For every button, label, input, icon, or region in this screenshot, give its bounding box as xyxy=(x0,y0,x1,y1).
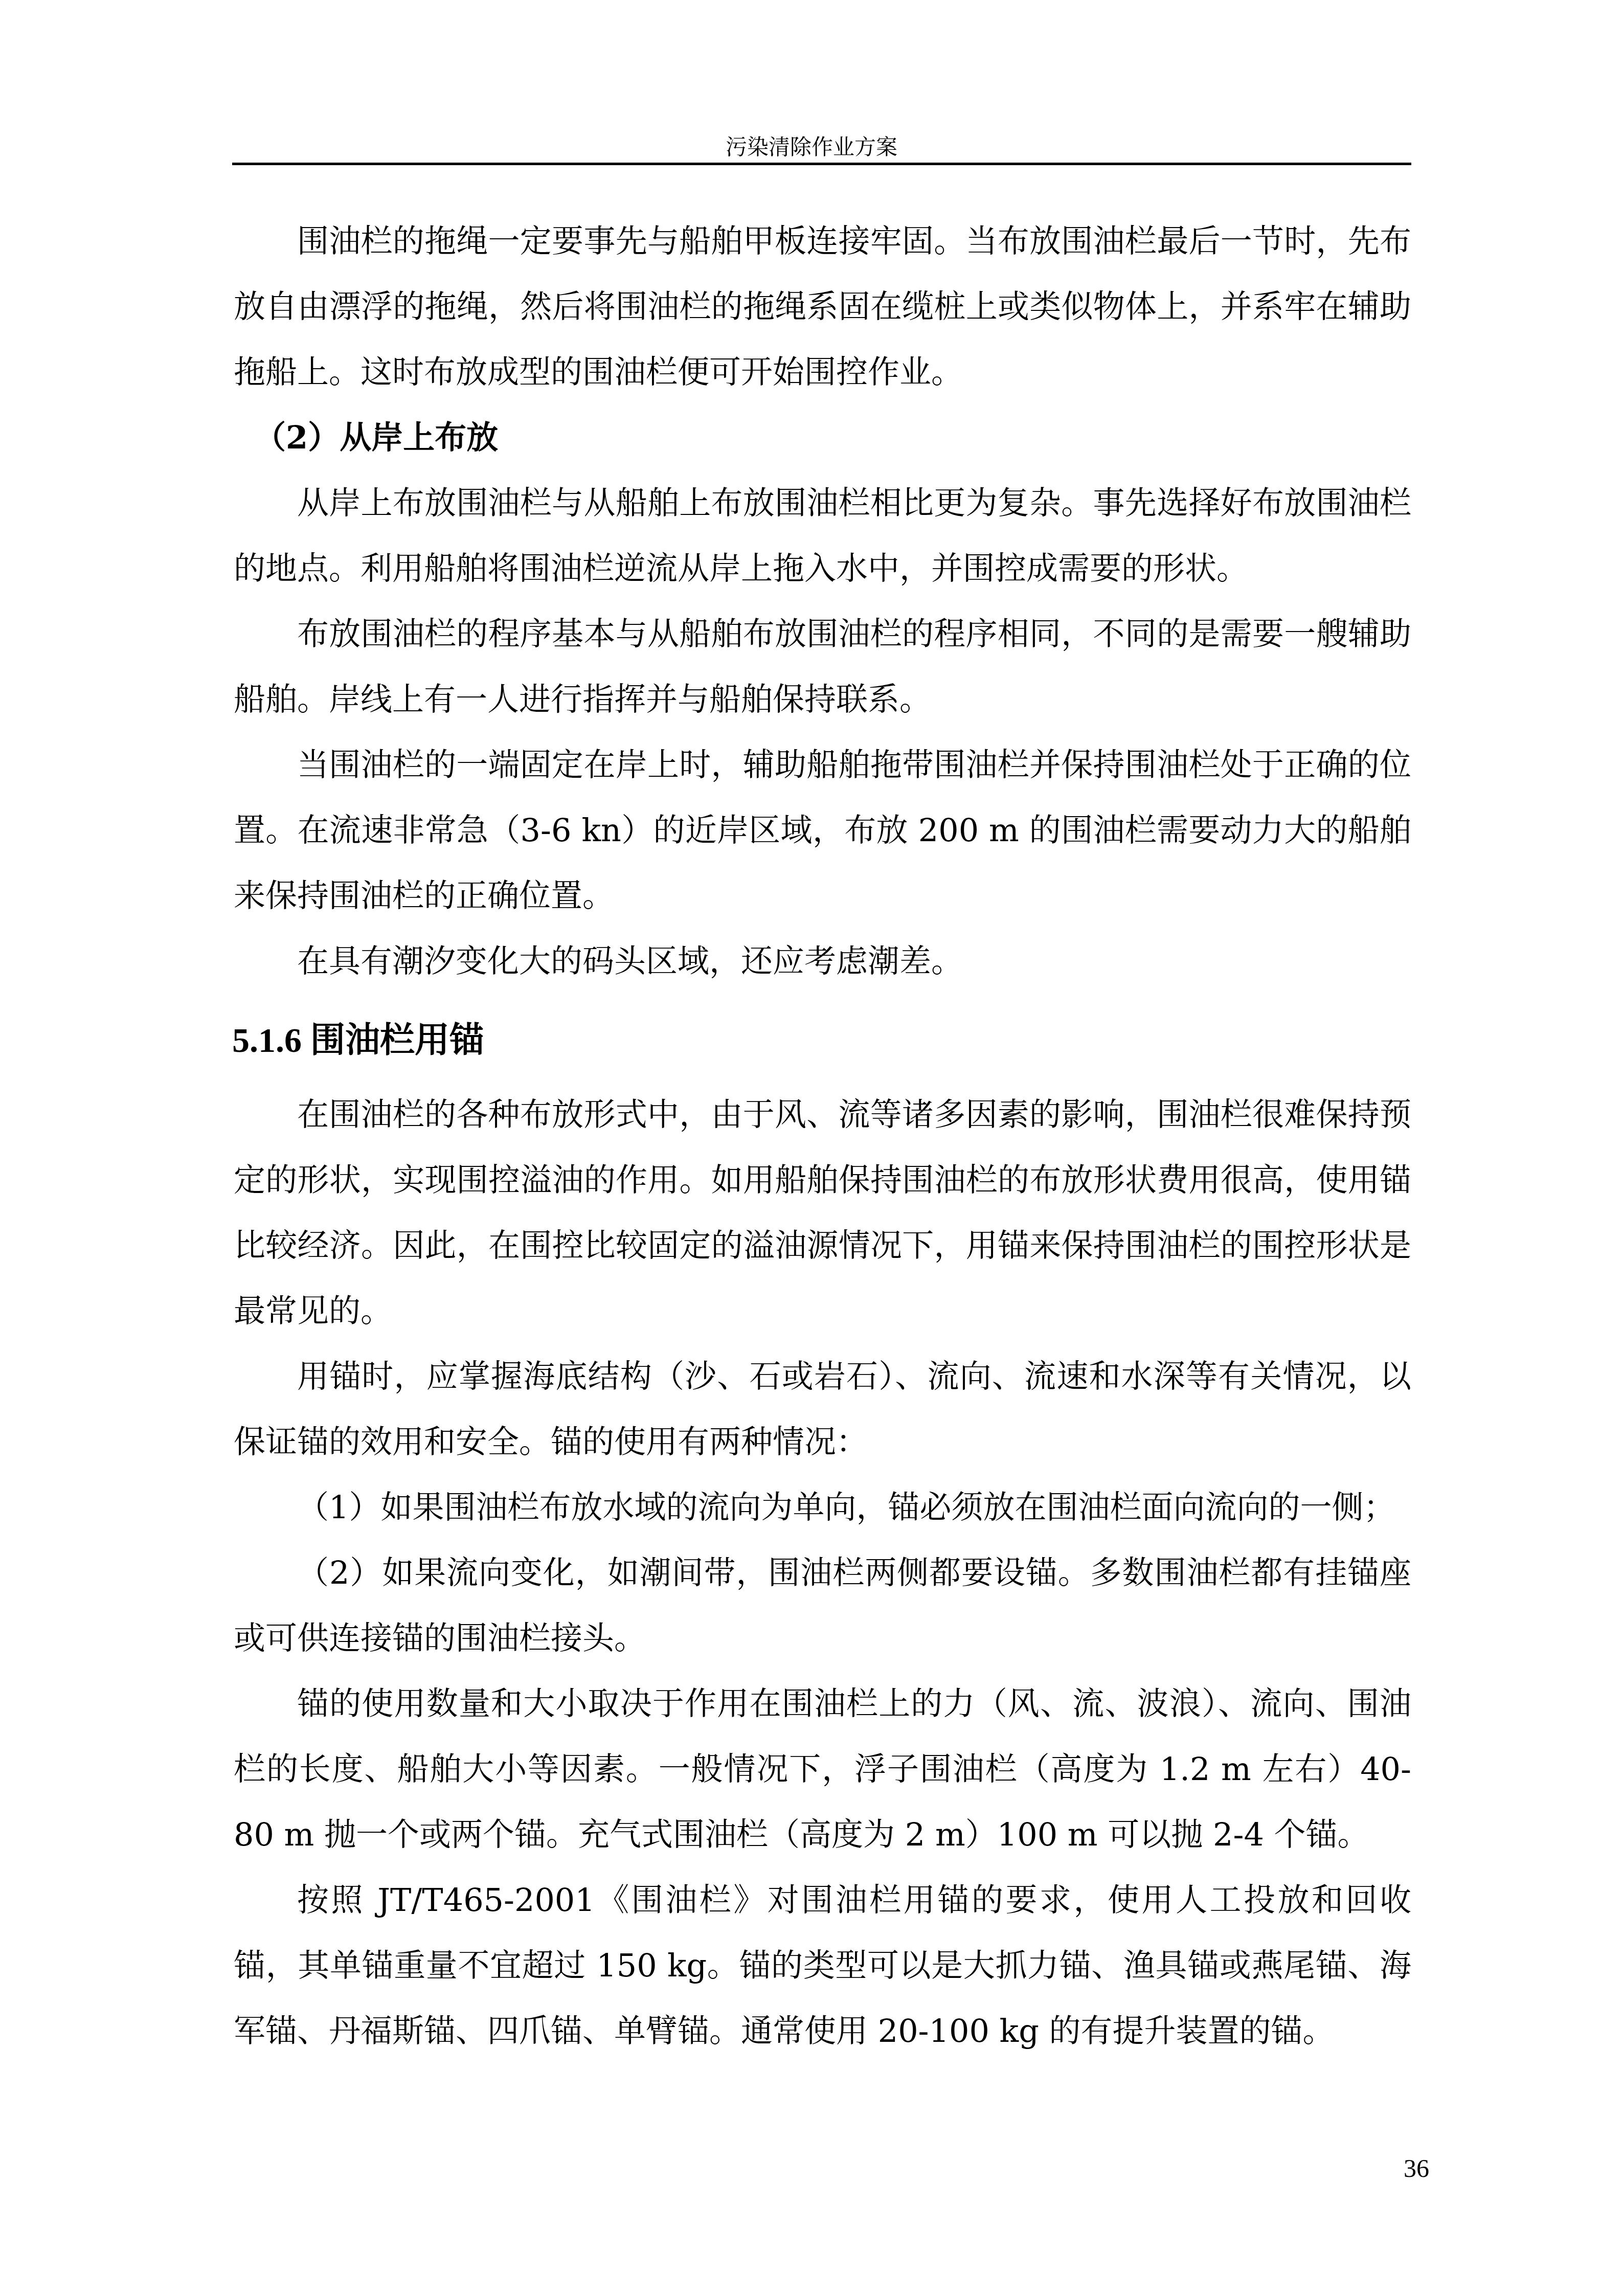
paragraph-anchor-standard: 按照 JT/T465-2001《围油栏》对围油栏用锚的要求，使用人工投放和回收锚… xyxy=(234,1867,1411,2064)
paragraph-shore-3: 当围油栏的一端固定在岸上时，辅助船舶拖带围油栏并保持围油栏处于正确的位置。在流速… xyxy=(234,732,1411,929)
subheading-shore-deployment: （2）从岸上布放 xyxy=(234,405,1411,470)
running-header-title: 污染清除作业方案 xyxy=(0,134,1623,161)
paragraph-shore-4: 在具有潮汐变化大的码头区域，还应考虑潮差。 xyxy=(234,929,1411,994)
paragraph-shore-2: 布放围油栏的程序基本与从船舶布放围油栏的程序相同，不同的是需要一艘辅助船舶。岸线… xyxy=(234,601,1411,732)
header-divider xyxy=(232,163,1411,165)
paragraph-anchor-2: 用锚时，应掌握海底结构（沙、石或岩石）、流向、流速和水深等有关情况，以保证锚的效… xyxy=(234,1344,1411,1475)
list-item-1: （1）如果围油栏布放水域的流向为单向，锚必须放在围油栏面向流向的一侧； xyxy=(234,1475,1411,1540)
document-body: 围油栏的拖绳一定要事先与船舶甲板连接牢固。当布放围油栏最后一节时，先布放自由漂浮… xyxy=(234,209,1411,2064)
section-heading: 5.1.6 围油栏用锚 xyxy=(232,1020,1411,1061)
paragraph-anchor-1: 在围油栏的各种布放形式中，由于风、流等诸多因素的影响，围油栏很难保持预定的形状，… xyxy=(234,1082,1411,1344)
page-number: 36 xyxy=(1404,2154,1429,2182)
paragraph-anchor-quantity: 锚的使用数量和大小取决于作用在围油栏上的力（风、流、波浪）、流向、围油栏的长度、… xyxy=(234,1671,1411,1867)
document-page: 污染清除作业方案 围油栏的拖绳一定要事先与船舶甲板连接牢固。当布放围油栏最后一节… xyxy=(0,0,1623,2296)
paragraph-shore-1: 从岸上布放围油栏与从船舶上布放围油栏相比更为复杂。事先选择好布放围油栏的地点。利… xyxy=(234,470,1411,601)
list-item-2: （2）如果流向变化，如潮间带，围油栏两侧都要设锚。多数围油栏都有挂锚座或可供连接… xyxy=(234,1540,1411,1671)
paragraph-towline: 围油栏的拖绳一定要事先与船舶甲板连接牢固。当布放围油栏最后一节时，先布放自由漂浮… xyxy=(234,209,1411,405)
